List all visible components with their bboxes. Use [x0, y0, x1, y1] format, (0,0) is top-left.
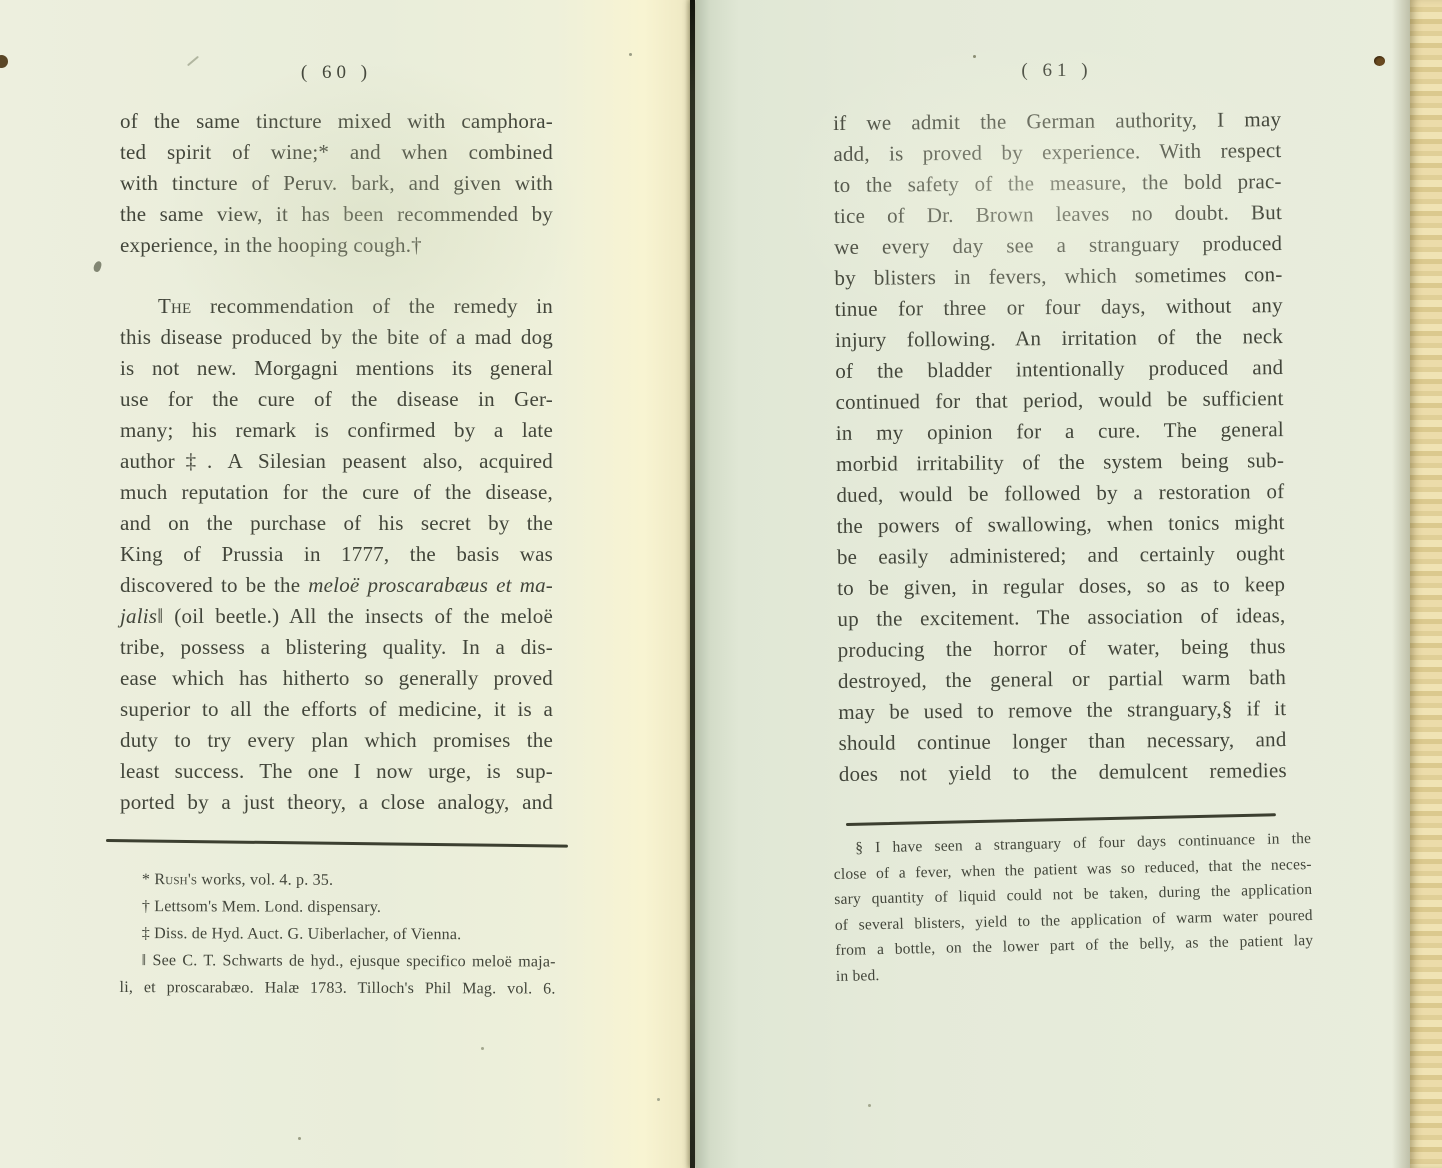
text-line: should continue longer than necessary, a…: [838, 724, 1286, 759]
text-line: we every day see a stranguary produced: [834, 228, 1282, 263]
paper-speck: [973, 55, 976, 58]
text-line: superior to all the efforts of medicine,…: [120, 694, 553, 725]
text-line: morbid irritability of the system being …: [836, 445, 1284, 480]
footnotes: * Rush's works, vol. 4. p. 35.† Lettsom'…: [120, 866, 556, 1003]
text-line: and on the purchase of his secret by the: [120, 508, 553, 539]
text-line: does not yield to the demulcent remedies: [839, 755, 1287, 790]
footnote-rule: [106, 839, 568, 848]
text-line: of the same tincture mixed with camphora…: [120, 106, 553, 137]
paragraph: of the same tincture mixed with camphora…: [120, 106, 553, 261]
text-line: be easily administered; and certainly ou…: [837, 538, 1285, 573]
text-line: much reputation for the cure of the dise…: [120, 477, 553, 508]
paper-speck: [1240, 148, 1243, 151]
paper-speck: [657, 1098, 660, 1101]
text-line: King of Prussia in 1777, the basis was: [120, 539, 553, 570]
text-line: is not new. Morgagni mentions its genera…: [120, 353, 553, 384]
page-61-text: if we admit the German authority, I maya…: [833, 104, 1287, 790]
text-line: ‖ See C. T. Schwarts de hyd., ejusque sp…: [120, 947, 556, 976]
text-line: by blisters in fevers, which sometimes c…: [834, 259, 1282, 294]
footnotes: § I have seen a stranguary of four days …: [833, 826, 1314, 989]
paper-speck: [868, 1104, 871, 1107]
page-61: ( 61 ) if we admit the German authority,…: [696, 0, 1410, 1168]
text-line: tinue for three or four days, without an…: [835, 290, 1283, 325]
ink-blot: [1374, 56, 1385, 66]
text-line: ease which has hitherto so generally pro…: [120, 663, 553, 694]
paragraph: The recommendation of the remedy inthis …: [120, 291, 553, 818]
text-line: to be given, in regular doses, so as to …: [837, 569, 1285, 604]
text-line: up the excitement. The association of id…: [837, 600, 1285, 635]
text-line: The recommendation of the remedy in: [120, 291, 553, 322]
text-line: duty to try every plan which promises th…: [120, 725, 553, 756]
text-line: with tincture of Peruv. bark, and given …: [120, 168, 553, 199]
page-number: ( 60 ): [120, 62, 553, 84]
text-line: the same view, it has been recommended b…: [120, 199, 553, 230]
text-line: the powers of swallowing, when tonics mi…: [837, 507, 1285, 542]
text-line: injury following. An irritation of the n…: [835, 321, 1283, 356]
text-line: ‡ Diss. de Hyd. Auct. G. Uiberlacher, of…: [120, 920, 556, 949]
text-line: ted spirit of wine;* and when combined: [120, 137, 553, 168]
text-line: tice of Dr. Brown leaves no doubt. But: [834, 197, 1282, 232]
page-60-text: of the same tincture mixed with camphora…: [120, 106, 553, 818]
paper-speck: [481, 1047, 484, 1050]
text-line: many; his remark is confirmed by a late: [120, 415, 553, 446]
paper-speck: [298, 1137, 301, 1140]
paper-speck: [1178, 424, 1181, 427]
book-scan: ( 60 ) of the same tincture mixed with c…: [0, 0, 1442, 1168]
text-line: author‡. A Silesian peasent also, acquir…: [120, 446, 553, 477]
page-number: ( 61 ): [833, 60, 1281, 82]
text-line: to the safety of the measure, the bold p…: [834, 166, 1282, 201]
text-line: li, et proscarabæo. Halæ 1783. Tilloch's…: [120, 974, 556, 1003]
footnote-rule: [846, 813, 1276, 826]
text-line: add, is proved by experience. With respe…: [833, 135, 1281, 170]
page-edge-shadow: [1392, 0, 1412, 1168]
text-line: use for the cure of the disease in Ger-: [120, 384, 553, 415]
text-line: experience, in the hooping cough.†: [120, 230, 553, 261]
text-line: if we admit the German authority, I may: [833, 104, 1281, 139]
paper-speck: [629, 53, 632, 56]
page-edge: [1410, 0, 1442, 1168]
book-gutter: [690, 0, 695, 1168]
text-line: this disease produced by the bite of a m…: [120, 322, 553, 353]
text-line: jalis‖ (oil beetle.) All the insects of …: [120, 601, 553, 632]
paragraph: if we admit the German authority, I maya…: [833, 104, 1287, 790]
text-line: discovered to be the meloë proscarabæus …: [120, 570, 553, 601]
text-line: continued for that period, would be suff…: [835, 383, 1283, 418]
text-line: † Lettsom's Mem. Lond. dispensary.: [120, 893, 556, 922]
page-60: ( 60 ) of the same tincture mixed with c…: [0, 0, 692, 1168]
text-line: least success. The one I now urge, is su…: [120, 756, 553, 787]
text-line: ported by a just theory, a close analogy…: [120, 787, 553, 818]
text-line: tribe, possess a blistering quality. In …: [120, 632, 553, 663]
text-line: of the bladder intentionally produced an…: [835, 352, 1283, 387]
text-line: dued, would be followed by a restoration…: [836, 476, 1284, 511]
text-line: destroyed, the general or partial warm b…: [838, 662, 1286, 697]
text-line: may be used to remove the stranguary,§ i…: [838, 693, 1286, 728]
text-line: * Rush's works, vol. 4. p. 35.: [120, 866, 556, 895]
text-line: producing the horror of water, being thu…: [838, 631, 1286, 666]
text-line: in my opinion for a cure. The general: [836, 414, 1284, 449]
